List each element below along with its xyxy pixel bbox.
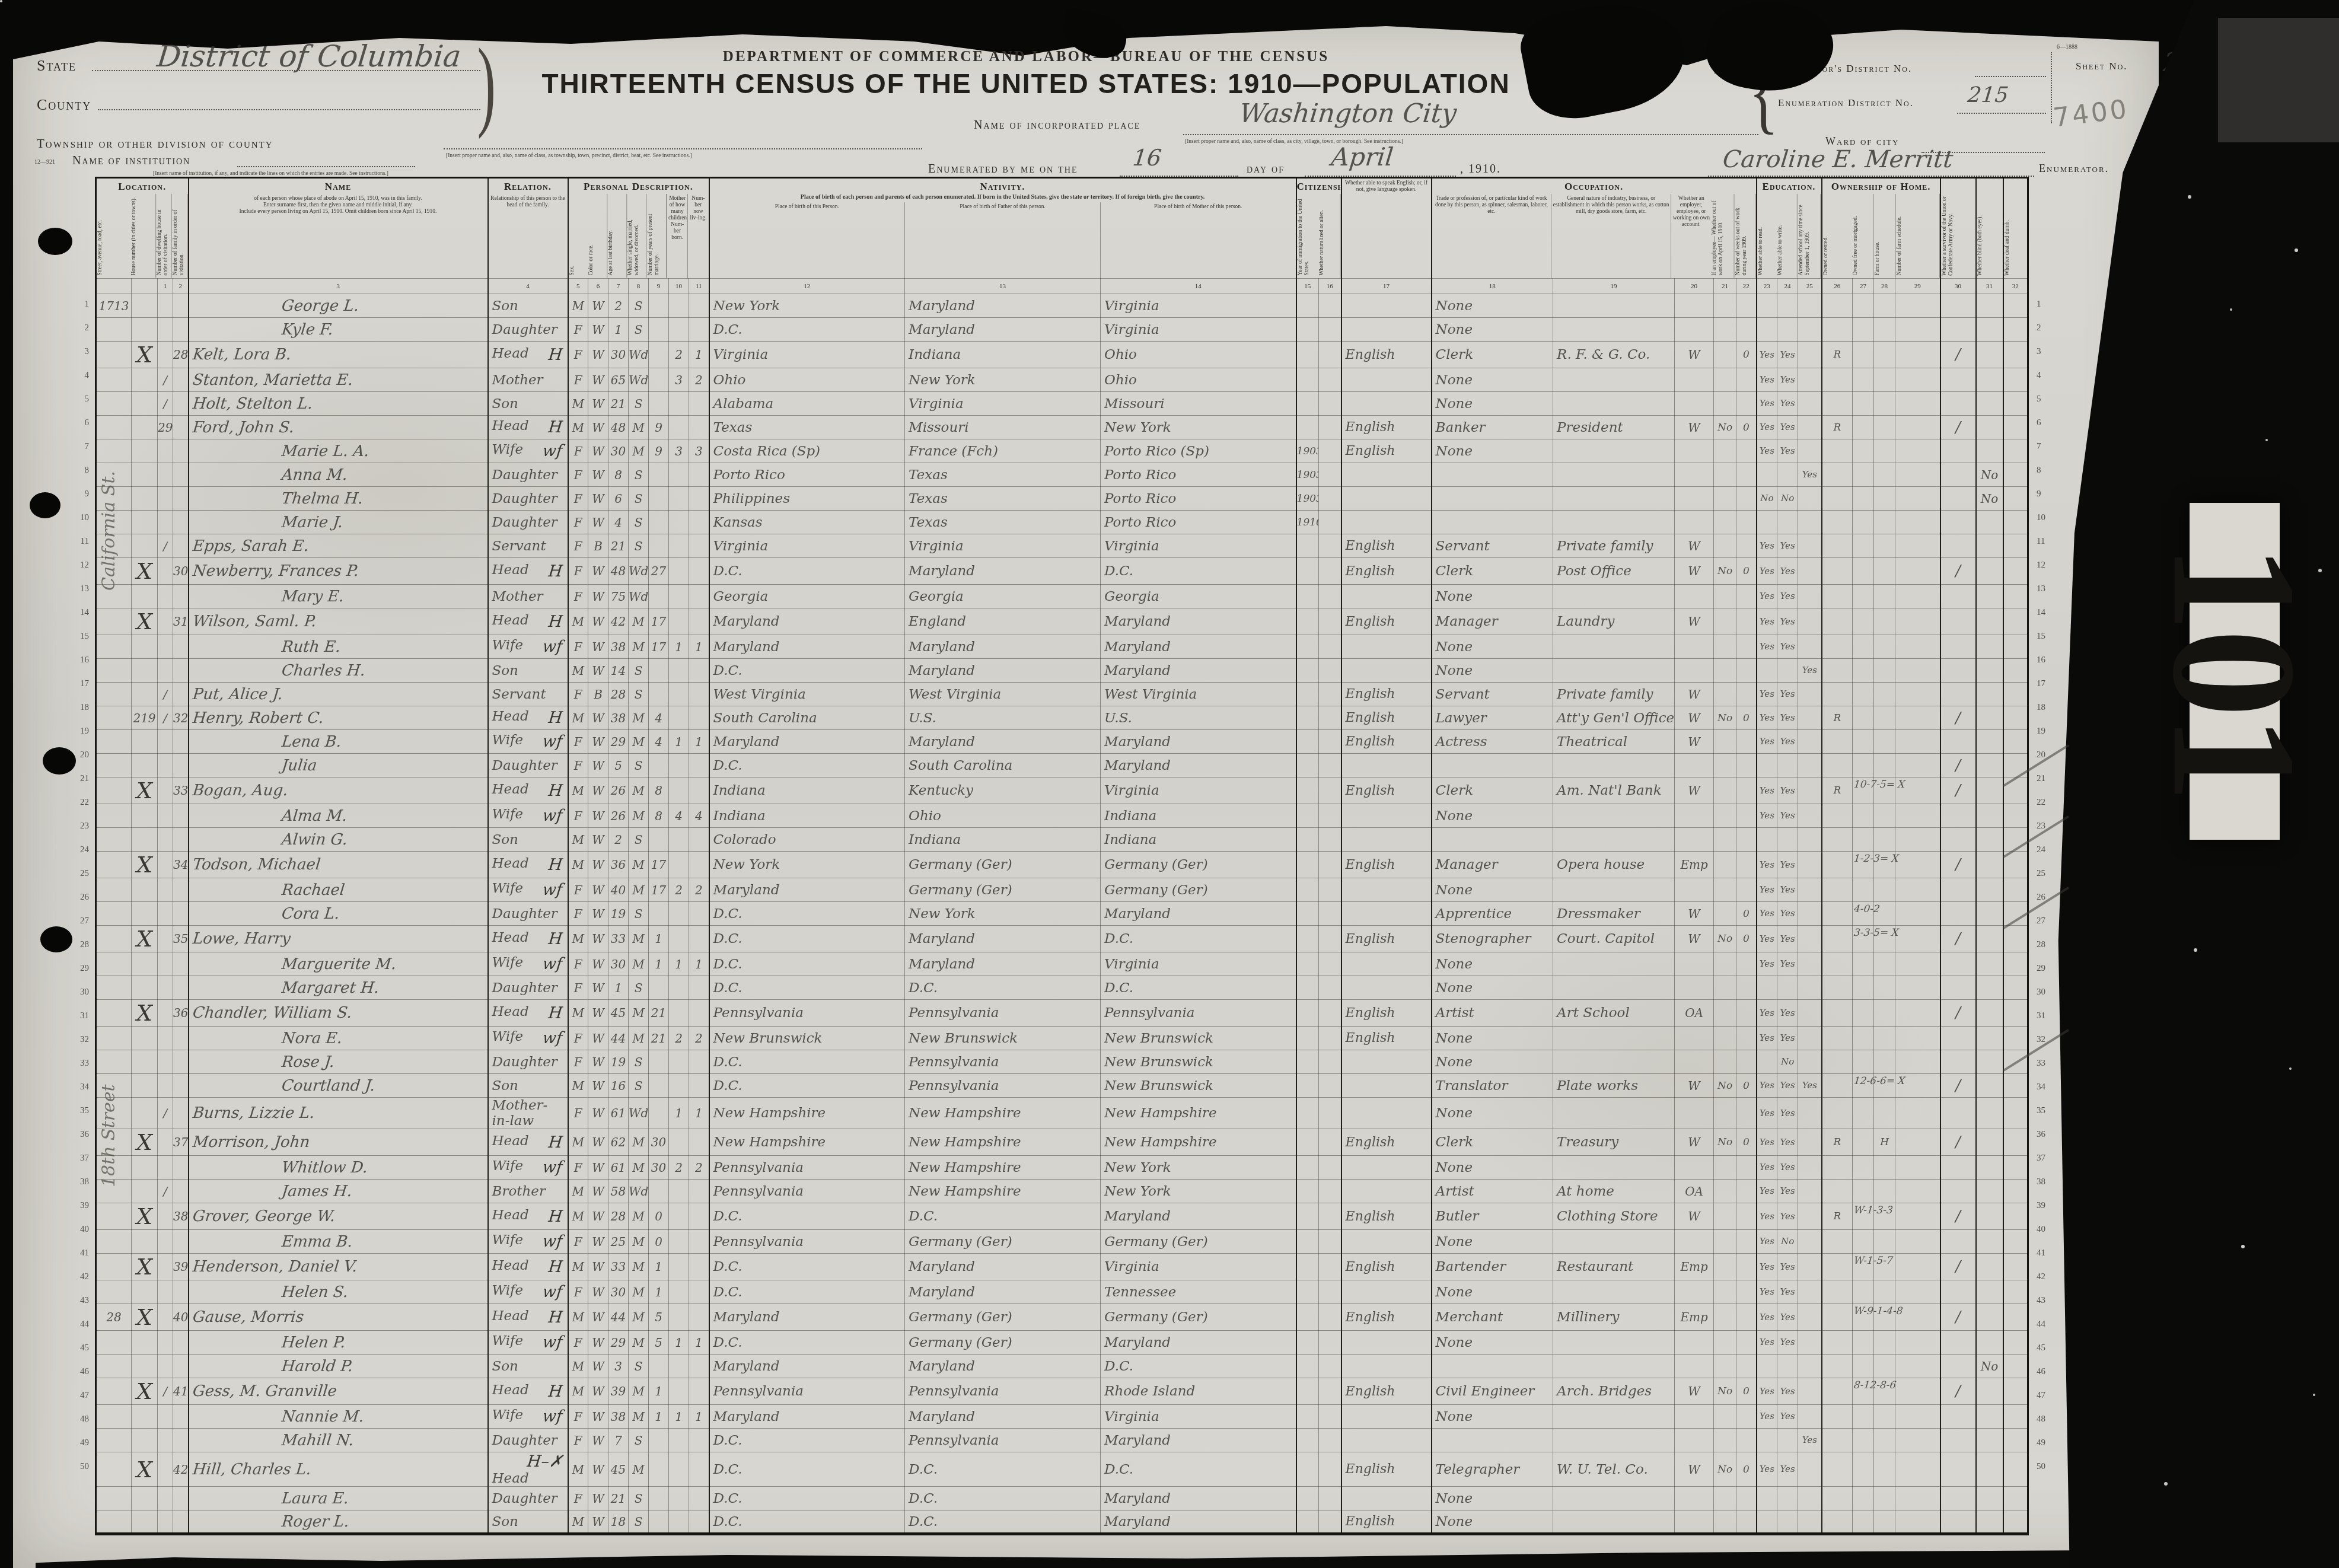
cell-lg: English: [1341, 342, 1432, 368]
cell-rd: [1757, 828, 1777, 852]
cell-in: [1553, 635, 1675, 659]
column-number: 29: [1895, 279, 1940, 294]
cell-cr: W: [588, 1355, 608, 1378]
cell-st: [96, 976, 132, 1000]
column-head-tr: Trade or profession of, or particular ki…: [1432, 194, 1551, 278]
cell-ms: S: [629, 683, 649, 706]
cell-fs: [1895, 1098, 1940, 1129]
cell-na: [1319, 902, 1341, 926]
cell-wr: Yes: [1777, 1254, 1798, 1280]
cell-dw: [158, 852, 173, 878]
cell-bf: Missouri: [905, 416, 1101, 439]
record-row: X30Newberry, Frances P.HHeadFW48Wd27D.C.…: [96, 558, 2028, 585]
cell-na: [1319, 777, 1341, 804]
cell-wr: [1777, 294, 1798, 318]
cell-lg: [1341, 1050, 1432, 1074]
column-head-fr: Owned free or mortgaged.: [1852, 194, 1874, 278]
cell-lg: English: [1341, 777, 1432, 804]
cell-yr: [649, 1050, 669, 1074]
cell-ou: [1714, 804, 1736, 828]
record-row: Cora L.DaughterFW19SD.C.New YorkMaryland…: [96, 902, 2028, 926]
cell-cr: W: [588, 976, 608, 1000]
cell-cb: 2: [669, 1027, 689, 1050]
cell-cb: [669, 294, 689, 318]
cell-em: W: [1675, 706, 1714, 730]
cell-bp: Texas: [709, 416, 905, 439]
cell-wr: Yes: [1777, 1405, 1798, 1429]
cell-fm: 36: [173, 1000, 189, 1027]
cell-ow: [1822, 1510, 1853, 1534]
cell-fm: [173, 1074, 189, 1098]
cell-df: [2003, 1156, 2028, 1180]
column-head-dw: Number of dwelling house in order of vis…: [156, 194, 172, 278]
cell-wk: [1736, 659, 1757, 683]
cell-wr: Yes: [1777, 1331, 1798, 1355]
cell-yr: [649, 534, 669, 558]
cell-in: Post Office: [1553, 558, 1675, 585]
cell-st: [96, 926, 132, 952]
column-group: Whether able to speak English; or, if no…: [1341, 178, 1432, 279]
cell-nm: George L.: [189, 294, 488, 318]
row-number: 33: [69, 1059, 89, 1069]
cell-cr: W: [588, 1230, 608, 1254]
cell-sx: F: [568, 902, 588, 926]
row-number: 17: [2037, 679, 2057, 689]
cell-hs: X: [132, 1452, 158, 1487]
cell-sv: [1940, 608, 1976, 635]
cell-na: [1319, 683, 1341, 706]
cell-sv: ∕: [1940, 706, 1976, 730]
cell-fm: [173, 439, 189, 463]
cell-rd: Yes: [1757, 1203, 1777, 1230]
cell-df: [2003, 1452, 2028, 1487]
cell-bp: D.C.: [709, 1487, 905, 1510]
cell-em: [1675, 754, 1714, 777]
cell-cr: W: [588, 1180, 608, 1203]
cell-rd: Yes: [1757, 439, 1777, 463]
cell-bl: [1976, 706, 2003, 730]
cell-rl: Daughter: [488, 902, 568, 926]
cell-cb: [669, 902, 689, 926]
cell-sx: F: [568, 463, 588, 487]
cell-cb: [669, 659, 689, 683]
cell-cl: [689, 511, 709, 534]
cell-bl: No: [1976, 463, 2003, 487]
cell-wk: [1736, 294, 1757, 318]
cell-im: [1296, 706, 1319, 730]
cell-bm: Georgia: [1101, 585, 1296, 608]
cell-im: [1296, 952, 1319, 976]
cell-tr: None: [1432, 976, 1553, 1000]
cell-fh: [1874, 511, 1895, 534]
cell-ow: [1822, 754, 1853, 777]
cell-em: W: [1675, 1452, 1714, 1487]
cell-ow: [1822, 1230, 1853, 1254]
cell-em: [1675, 511, 1714, 534]
cell-yr: [649, 1098, 669, 1129]
cell-df: [2003, 952, 2028, 976]
cell-lg: English: [1341, 1452, 1432, 1487]
cell-sx: F: [568, 1331, 588, 1355]
cell-cl: 1: [689, 730, 709, 754]
cell-ow: [1822, 487, 1853, 511]
cell-tr: Clerk: [1432, 777, 1553, 804]
cell-yr: 17: [649, 635, 669, 659]
row-number: 47: [2037, 1391, 2057, 1401]
cell-wr: [1777, 1355, 1798, 1378]
row-number: 28: [2037, 940, 2057, 950]
cell-sc: [1798, 1180, 1822, 1203]
cell-tr: None: [1432, 1331, 1553, 1355]
cell-bf: Virginia: [905, 392, 1101, 416]
cell-rl: Son: [488, 1074, 568, 1098]
cell-hs: [132, 534, 158, 558]
cell-em: [1675, 1405, 1714, 1429]
cell-sc: [1798, 1280, 1822, 1304]
cell-fh: [1874, 1452, 1895, 1487]
cell-wr: Yes: [1777, 1280, 1798, 1304]
cell-rd: Yes: [1757, 635, 1777, 659]
cell-tr: None: [1432, 1156, 1553, 1180]
cell-ag: 44: [608, 1304, 629, 1331]
column-head-cl: Num-ber now liv-ing.: [687, 194, 708, 278]
cell-hs: [132, 952, 158, 976]
cell-df: [2003, 635, 2028, 659]
cell-in: Laundry: [1553, 608, 1675, 635]
cell-rd: [1757, 463, 1777, 487]
cell-sc: [1798, 1487, 1822, 1510]
cell-nm: Whitlow D.: [189, 1156, 488, 1180]
cell-na: [1319, 952, 1341, 976]
cell-st: [96, 1405, 132, 1429]
cell-rd: Yes: [1757, 1452, 1777, 1487]
cell-bf: Indiana: [905, 828, 1101, 852]
cell-cl: [689, 706, 709, 730]
cell-sv: [1940, 804, 1976, 828]
cell-rd: Yes: [1757, 1280, 1777, 1304]
cell-fm: [173, 511, 189, 534]
cell-cb: 1: [669, 952, 689, 976]
cell-fm: [173, 754, 189, 777]
cell-fr: [1853, 1405, 1874, 1429]
cell-sc: [1798, 1331, 1822, 1355]
cell-ow: R: [1822, 1129, 1853, 1156]
cell-fh: [1874, 659, 1895, 683]
record-row: Courtland J.SonMW16SD.C.PennsylvaniaNew …: [96, 1074, 2028, 1098]
cell-hs: [132, 1510, 158, 1534]
record-row: RachaelwfWifeFW40M1722MarylandGermany (G…: [96, 878, 2028, 902]
cell-sx: F: [568, 585, 588, 608]
cell-bm: D.C.: [1101, 1452, 1296, 1487]
cell-fh: [1874, 828, 1895, 852]
cell-cr: W: [588, 1027, 608, 1050]
cell-bf: Virginia: [905, 534, 1101, 558]
cell-fr: [1853, 635, 1874, 659]
cell-cb: [669, 706, 689, 730]
cell-bf: Texas: [905, 463, 1101, 487]
cell-em: W: [1675, 558, 1714, 585]
cell-im: [1296, 976, 1319, 1000]
cell-ou: [1714, 1429, 1736, 1452]
cell-bp: Costa Rica (Sp): [709, 439, 905, 463]
cell-bp: Pennsylvania: [709, 1180, 905, 1203]
cell-bp: D.C.: [709, 558, 905, 585]
cell-ag: 5: [608, 754, 629, 777]
cell-cr: B: [588, 534, 608, 558]
cell-na: [1319, 1405, 1341, 1429]
cell-rd: Yes: [1757, 1098, 1777, 1129]
enumerated-label: Enumerated by me on the: [928, 162, 1078, 176]
column-head-bp: Place of birth of this Person.: [710, 202, 905, 278]
cell-cb: [669, 558, 689, 585]
cell-hs: X: [132, 1378, 158, 1405]
cell-im: [1296, 1254, 1319, 1280]
cell-cr: W: [588, 1129, 608, 1156]
cell-em: [1675, 659, 1714, 683]
cell-bm: Indiana: [1101, 804, 1296, 828]
cell-bl: [1976, 730, 2003, 754]
column-number: 22: [1736, 279, 1757, 294]
cell-rl: wfWife: [488, 952, 568, 976]
cell-ow: [1822, 902, 1853, 926]
cell-im: [1296, 777, 1319, 804]
cell-ms: M: [629, 1027, 649, 1050]
cell-cb: [669, 1452, 689, 1487]
cell-ow: [1822, 1050, 1853, 1074]
cell-tr: None: [1432, 1027, 1553, 1050]
cell-sx: F: [568, 318, 588, 342]
cell-na: [1319, 1129, 1341, 1156]
cell-fr: [1853, 511, 1874, 534]
cell-hs: [132, 1156, 158, 1180]
cell-fh: [1874, 1405, 1895, 1429]
cell-dw: [158, 1074, 173, 1098]
cell-fm: 41: [173, 1378, 189, 1405]
cell-fm: 31: [173, 608, 189, 635]
cell-bp: New Brunswick: [709, 1027, 905, 1050]
row-number: 25: [2037, 869, 2057, 879]
cell-tr: None: [1432, 392, 1553, 416]
cell-tr: None: [1432, 1405, 1553, 1429]
cell-fh: [1874, 558, 1895, 585]
cell-yr: 0: [649, 1203, 669, 1230]
cell-yr: 5: [649, 1331, 669, 1355]
row-number: 50: [69, 1462, 89, 1472]
cell-sc: [1798, 1452, 1822, 1487]
column-head-hs: House number (in cities or towns).: [130, 194, 156, 278]
cell-hs: [132, 416, 158, 439]
cell-df: [2003, 1098, 2028, 1129]
row-number: 35: [69, 1106, 89, 1116]
cell-sc: [1798, 1129, 1822, 1156]
cell-na: [1319, 659, 1341, 683]
column-head-wk: Number of weeks out of work during year …: [1735, 194, 1756, 278]
column-group: Citizenship.Year of immigration to the U…: [1296, 178, 1341, 279]
cell-ms: S: [629, 1355, 649, 1378]
cell-rd: Yes: [1757, 368, 1777, 392]
cell-df: [2003, 1230, 2028, 1254]
cell-bp: New York: [709, 852, 905, 878]
cell-sx: M: [568, 1000, 588, 1027]
cell-em: [1675, 952, 1714, 976]
cell-fm: [173, 1180, 189, 1203]
cell-fh: [1874, 585, 1895, 608]
cell-rd: Yes: [1757, 342, 1777, 368]
cell-na: [1319, 828, 1341, 852]
cell-bm: Rhode Island: [1101, 1378, 1296, 1405]
cell-tr: Apprentice: [1432, 902, 1553, 926]
cell-hs: [132, 368, 158, 392]
cell-ms: Wd: [629, 1098, 649, 1129]
cell-tr: [1432, 1355, 1553, 1378]
cell-wk: [1736, 585, 1757, 608]
cell-wk: [1736, 487, 1757, 511]
cell-fr: [1853, 318, 1874, 342]
cell-sc: [1798, 852, 1822, 878]
cell-in: [1553, 1050, 1675, 1074]
cell-ag: 21: [608, 534, 629, 558]
cell-ow: [1822, 1156, 1853, 1180]
cell-yr: 8: [649, 777, 669, 804]
cell-fm: 38: [173, 1203, 189, 1230]
cell-sv: [1940, 1280, 1976, 1304]
cell-ag: 4: [608, 511, 629, 534]
cell-rl: Daughter: [488, 976, 568, 1000]
cell-ou: [1714, 368, 1736, 392]
cell-bp: West Virginia: [709, 683, 905, 706]
cell-hs: [132, 976, 158, 1000]
cell-df: [2003, 585, 2028, 608]
cell-bl: [1976, 878, 2003, 902]
cell-lg: English: [1341, 1203, 1432, 1230]
cell-cl: 1: [689, 952, 709, 976]
cell-bf: D.C.: [905, 1203, 1101, 1230]
cell-cr: W: [588, 294, 608, 318]
cell-sv: ∕: [1940, 926, 1976, 952]
cell-wr: [1777, 511, 1798, 534]
cell-rd: Yes: [1757, 1180, 1777, 1203]
cell-st: 28: [96, 1304, 132, 1331]
cell-ms: S: [629, 1074, 649, 1098]
cell-em: [1675, 439, 1714, 463]
cell-nm: Gess, M. Granville: [189, 1378, 488, 1405]
record-row: Alwin G.SonMW2SColoradoIndianaIndiana: [96, 828, 2028, 852]
county-label: County: [37, 96, 91, 114]
cell-fh: [1874, 608, 1895, 635]
cell-in: Dressmaker: [1553, 902, 1675, 926]
cell-ms: M: [629, 926, 649, 952]
cell-cl: [689, 1487, 709, 1510]
cell-ag: 21: [608, 392, 629, 416]
cell-im: [1296, 1050, 1319, 1074]
cell-bl: [1976, 1452, 2003, 1487]
cell-yr: 30: [649, 1129, 669, 1156]
cell-ow: [1822, 1098, 1853, 1129]
cell-lg: [1341, 952, 1432, 976]
cell-cb: [669, 1304, 689, 1331]
cell-bf: Maryland: [905, 318, 1101, 342]
cell-in: [1553, 439, 1675, 463]
column-head-cb: Mother of how many children. Num-ber bor…: [667, 194, 687, 278]
cell-rd: Yes: [1757, 585, 1777, 608]
row-number: 2: [2037, 323, 2057, 333]
cell-sv: ∕: [1940, 1129, 1976, 1156]
year-label: , 1910.: [1460, 162, 1501, 176]
cell-ow: [1822, 463, 1853, 487]
cell-bm: Maryland: [1101, 659, 1296, 683]
cell-ow: [1822, 368, 1853, 392]
cell-bp: D.C.: [709, 926, 905, 952]
cell-st: [96, 1254, 132, 1280]
cell-em: [1675, 1098, 1714, 1129]
cell-sc: [1798, 1378, 1822, 1405]
cell-hs: [132, 585, 158, 608]
cell-ag: 33: [608, 1254, 629, 1280]
cell-ag: 39: [608, 1378, 629, 1405]
cell-nm: Hill, Charles L.: [189, 1452, 488, 1487]
cell-dw: [158, 1254, 173, 1280]
cell-sc: [1798, 976, 1822, 1000]
row-number: 21: [2037, 774, 2057, 784]
cell-hs: X: [132, 1203, 158, 1230]
cell-wk: 0: [1736, 1129, 1757, 1156]
cell-bm: D.C.: [1101, 926, 1296, 952]
cell-cl: [689, 1230, 709, 1254]
cell-bf: South Carolina: [905, 754, 1101, 777]
cell-ow: [1822, 1254, 1853, 1280]
cell-dw: [158, 1280, 173, 1304]
cell-dw: [158, 804, 173, 828]
cell-in: [1553, 659, 1675, 683]
cell-bp: Maryland: [709, 1304, 905, 1331]
cell-yr: [649, 511, 669, 534]
row-number: 19: [2037, 726, 2057, 737]
cell-cb: [669, 1487, 689, 1510]
cell-nm: Thelma H.: [189, 487, 488, 511]
cell-st: [96, 1027, 132, 1050]
cell-hs: [132, 1405, 158, 1429]
cell-wr: No: [1777, 1050, 1798, 1074]
cell-bl: [1976, 1098, 2003, 1129]
cell-im: [1296, 1230, 1319, 1254]
cell-ms: S: [629, 754, 649, 777]
cell-cb: [669, 683, 689, 706]
cell-sc: Yes: [1798, 1074, 1822, 1098]
cell-fr: [1853, 1000, 1874, 1027]
row-number: 47: [69, 1391, 89, 1401]
cell-wk: [1736, 511, 1757, 534]
cell-bp: Colorado: [709, 828, 905, 852]
cell-yr: 1: [649, 1280, 669, 1304]
cell-bm: Virginia: [1101, 318, 1296, 342]
cell-bp: Virginia: [709, 342, 905, 368]
cell-sx: M: [568, 926, 588, 952]
cell-ag: 38: [608, 1405, 629, 1429]
cell-bm: U.S.: [1101, 706, 1296, 730]
cell-hs: [132, 1230, 158, 1254]
record-row: Harold P.SonMW3SMarylandMarylandD.C.No: [96, 1355, 2028, 1378]
cell-ag: 3: [608, 1355, 629, 1378]
cell-ag: 42: [608, 608, 629, 635]
cell-im: [1296, 558, 1319, 585]
cell-dw: [158, 1405, 173, 1429]
cell-wk: 0: [1736, 416, 1757, 439]
cell-ag: 28: [608, 1203, 629, 1230]
cell-bl: [1976, 1304, 2003, 1331]
cell-fs: [1895, 1405, 1940, 1429]
column-number: 14: [1101, 279, 1296, 294]
record-row: X38Grover, George W.HHeadMW28M0D.C.D.C.M…: [96, 1203, 2028, 1230]
